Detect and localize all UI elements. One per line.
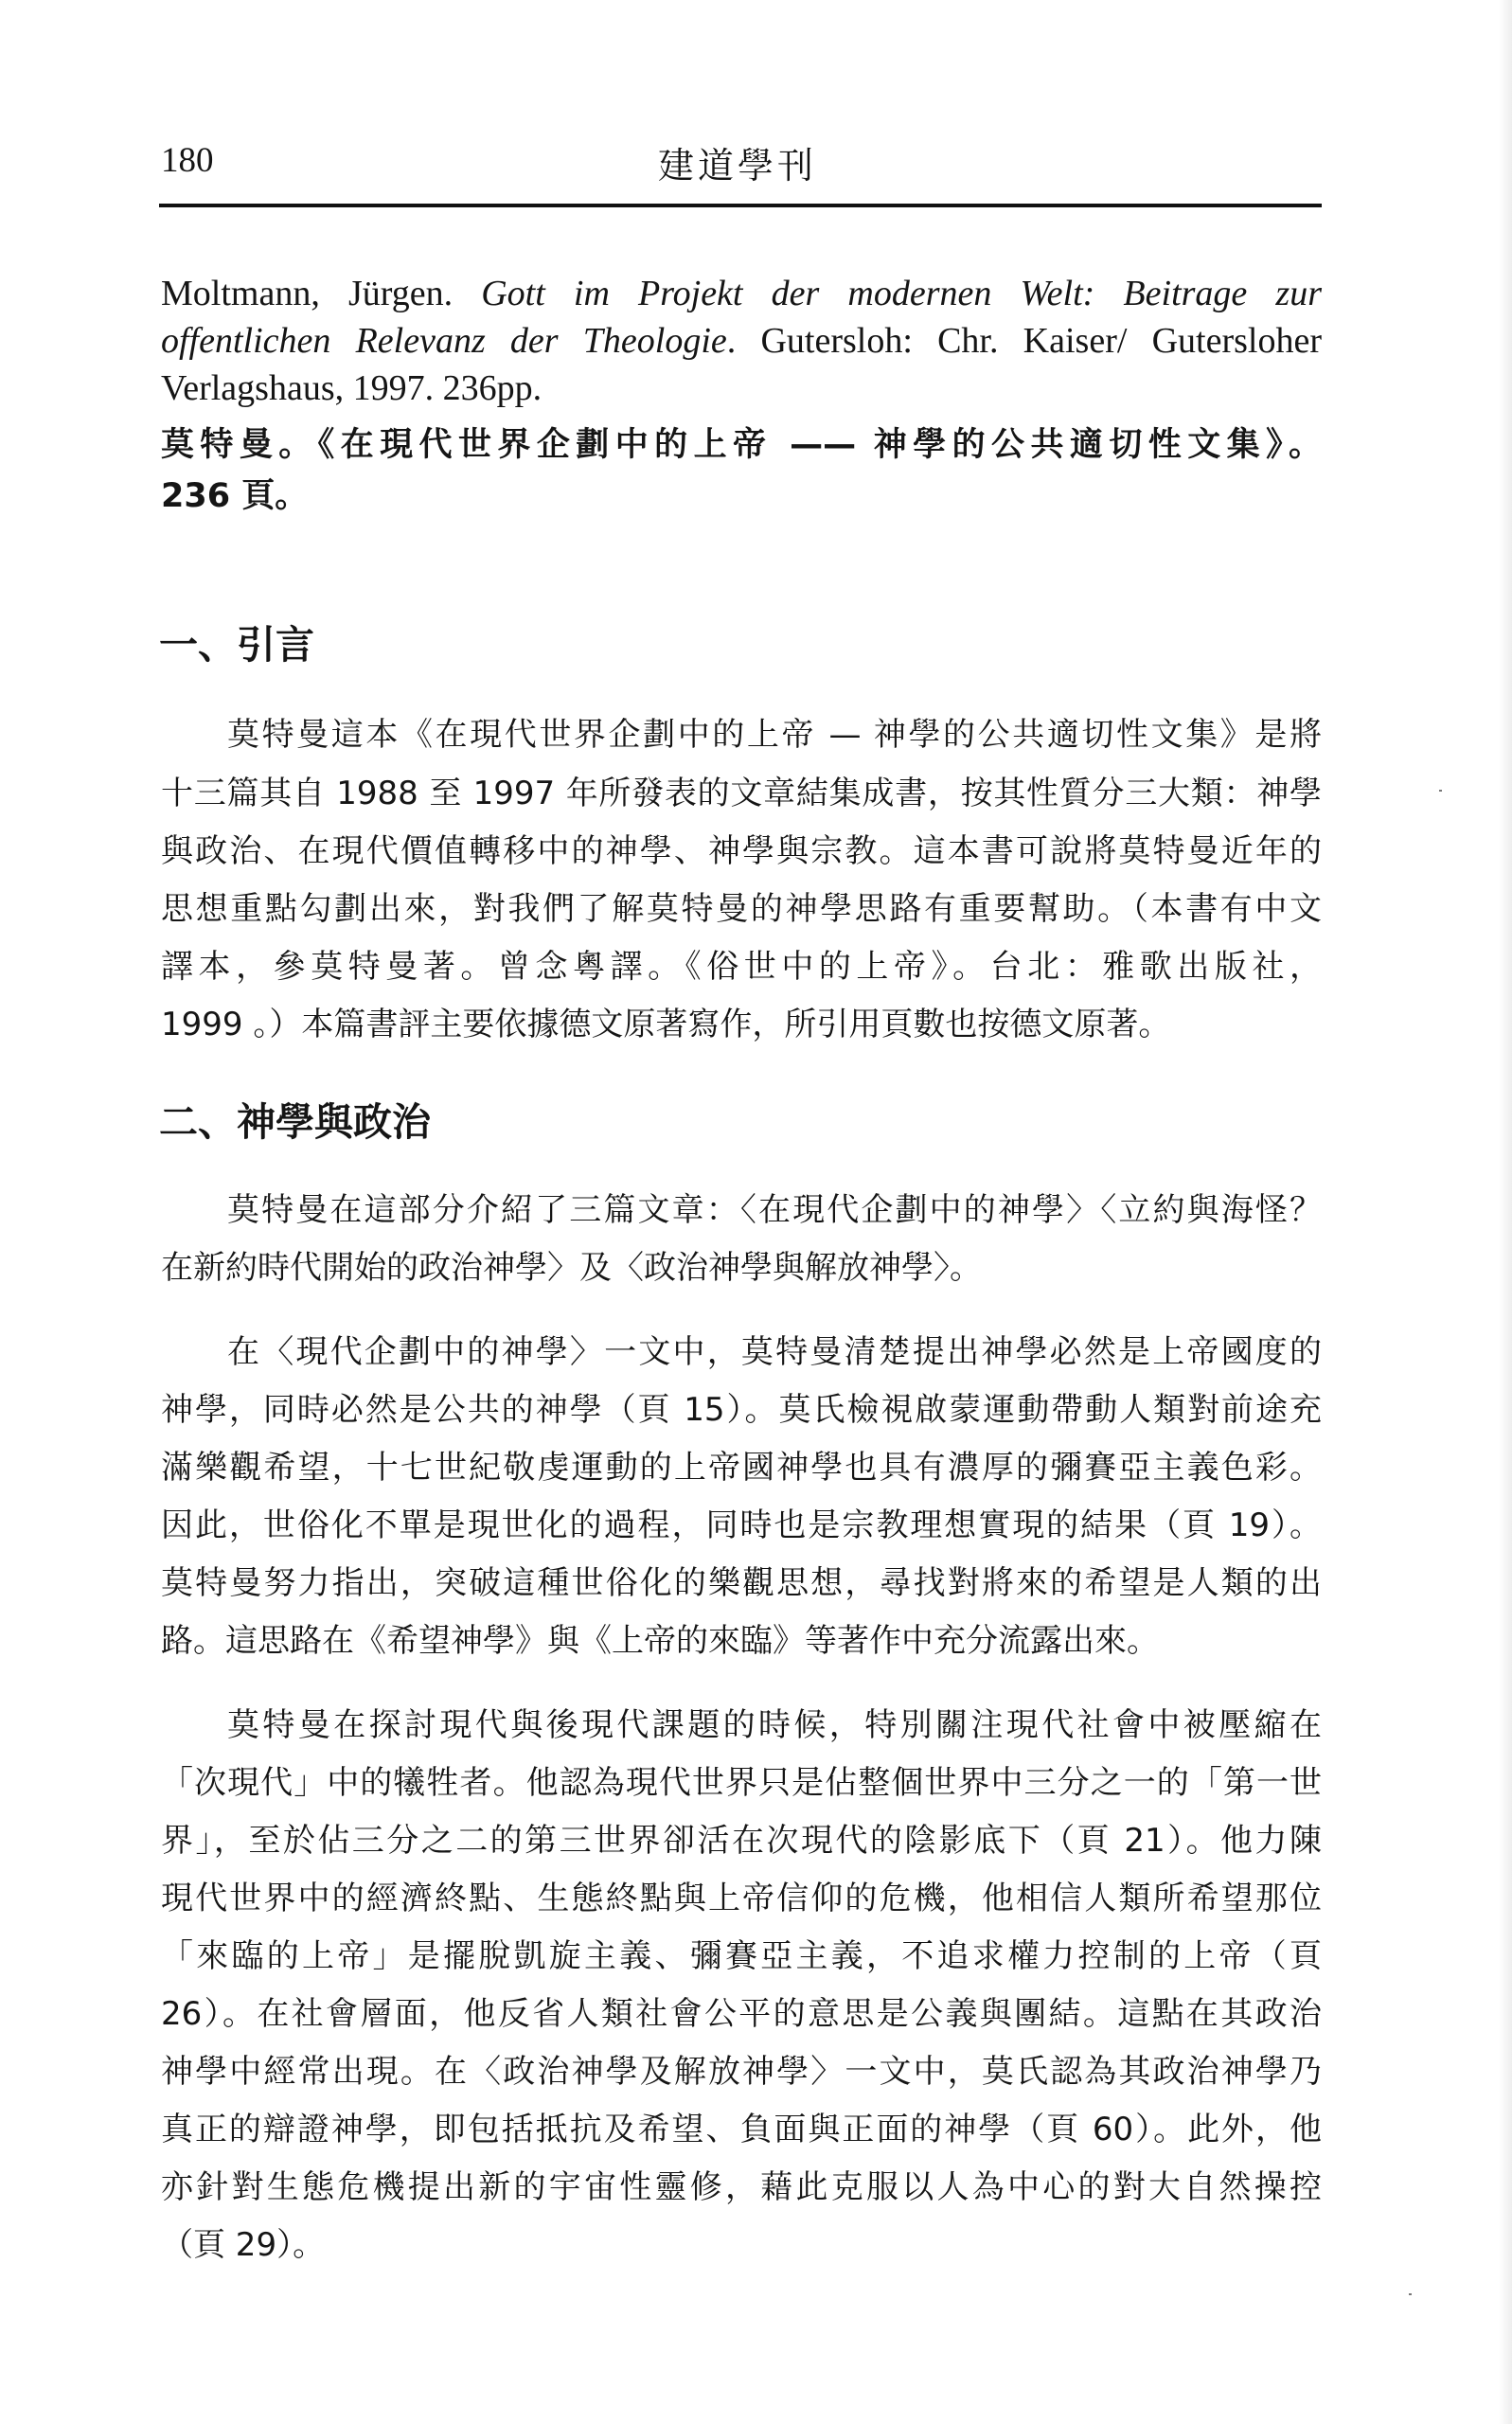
bibliography-author: Moltmann, Jürgen. — [161, 274, 481, 313]
text-line: 現代世界中的經濟終點、生態終點與上帝信仰的危機，他相信人類所希望那位 — [161, 1872, 1322, 1918]
text-line: 神學中經常出現。在〈政治神學及解放神學〉一文中，莫氏認為其政治神學乃 — [161, 2045, 1322, 2092]
text-line: 譯本，參莫特曼著。曾念粵譯。《俗世中的上帝》。台北：雅歌出版社， — [161, 940, 1322, 987]
bibliography-title-cont: offentlichen Relevanz der Theologie — [161, 321, 727, 361]
text-line: 1999 。）本篇書評主要依據德文原著寫作，所引用頁數也按德文原著。 — [161, 998, 1322, 1044]
bibliography-title: Gott im Projekt der modernen Welt: Beitr… — [481, 274, 1322, 313]
text-line: 十三篇其自 1988 至 1997 年所發表的文章結集成書，按其性質分三大類：神… — [161, 767, 1322, 813]
bibliography-zh-line-2: 236 頁。 — [161, 470, 1322, 517]
bibliography-zh-line-1: 莫特曼。《在現代世界企劃中的上帝 —— 神學的公共適切性文集》。 — [161, 419, 1322, 466]
text-line: 在新約時代開始的政治神學〉及〈政治神學與解放神學〉。 — [161, 1241, 1322, 1288]
section-heading-theology-and-politics: 二、神學與政治 — [159, 1091, 431, 1147]
text-line: 路。這思路在《希望神學》與《上帝的來臨》等著作中充分流露出來。 — [161, 1614, 1322, 1661]
page-number: 180 — [161, 140, 214, 181]
text-line: （頁 29）。 — [161, 2219, 1322, 2265]
text-line: 界」，至於佔三分之二的第三世界卻活在次現代的陰影底下（頁 21）。他力陳 — [161, 1814, 1322, 1861]
scan-speck — [1409, 2293, 1412, 2295]
text-line: 莫特曼在這部分介紹了三篇文章：〈在現代企劃中的神學〉〈立約與海怪？ — [227, 1184, 1322, 1230]
bibliography-line-2: offentlichen Relevanz der Theologie. Gut… — [161, 320, 1322, 362]
journal-title: 建道學刊 — [658, 136, 817, 188]
text-line: 思想重點勾劃出來，對我們了解莫特曼的神學思路有重要幫助。（本書有中文 — [161, 882, 1322, 929]
scan-speck — [1439, 790, 1442, 792]
section-heading-introduction: 一、引言 — [159, 614, 314, 669]
text-line: 滿樂觀希望，十七世紀敬虔運動的上帝國神學也具有濃厚的彌賽亞主義色彩。 — [161, 1441, 1322, 1488]
text-line: 「次現代」中的犧牲者。他認為現代世界只是佔整個世界中三分之一的「第一世 — [161, 1756, 1322, 1803]
bibliography-publisher: . Gutersloh: Chr. Kaiser/ Gutersloher — [727, 321, 1322, 361]
bibliography-line-1: Moltmann, Jürgen. Gott im Projekt der mo… — [161, 273, 1322, 314]
text-line: 因此，世俗化不單是現世化的過程，同時也是宗教理想實現的結果（頁 19）。 — [161, 1499, 1322, 1545]
page-edge-shadow — [1499, 0, 1512, 2424]
text-line: 神學，同時必然是公共的神學（頁 15）。莫氏檢視啟蒙運動帶動人類對前途充 — [161, 1383, 1322, 1430]
text-line: 在〈現代企劃中的神學〉一文中，莫特曼清楚提出神學必然是上帝國度的 — [227, 1326, 1322, 1372]
text-line: 真正的辯證神學，即包括抵抗及希望、負面與正面的神學（頁 60）。此外，他 — [161, 2103, 1322, 2149]
text-line: 「來臨的上帝」是擺脫凱旋主義、彌賽亞主義，不追求權力控制的上帝（頁 — [161, 1930, 1322, 1976]
text-line: 亦針對生態危機提出新的宇宙性靈修，藉此克服以人為中心的對大自然操控 — [161, 2161, 1322, 2207]
text-line: 莫特曼在探討現代與後現代課題的時候，特別關注現代社會中被壓縮在 — [227, 1699, 1322, 1745]
text-line: 莫特曼努力指出，突破這種世俗化的樂觀思想，尋找對將來的希望是人類的出 — [161, 1557, 1322, 1603]
text-line: 26）。在社會層面，他反省人類社會公平的意思是公義與團結。這點在其政治 — [161, 1987, 1322, 2034]
bibliography-line-3: Verlagshaus, 1997. 236pp. — [161, 367, 1322, 409]
text-line: 莫特曼這本《在現代世界企劃中的上帝 — 神學的公共適切性文集》是將 — [227, 708, 1322, 755]
header-rule — [159, 204, 1322, 207]
text-line: 與政治、在現代價值轉移中的神學、神學與宗教。這本書可說將莫特曼近年的 — [161, 825, 1322, 871]
running-head: 180 建道學刊 — [161, 140, 1322, 197]
